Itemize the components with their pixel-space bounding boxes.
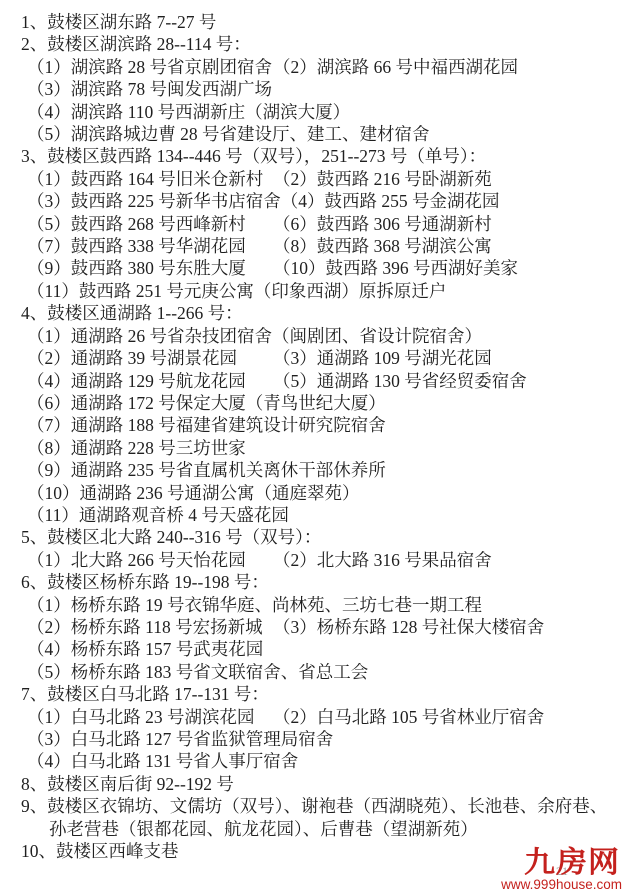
text-line: （7）通湖路 188 号福建省建筑设计研究院宿舍 (21, 414, 619, 436)
text-line: 1、鼓楼区湖东路 7--27 号 (21, 11, 619, 33)
address-lines: 1、鼓楼区湖东路 7--27 号2、鼓楼区湖滨路 28--114 号：（1）湖滨… (0, 0, 625, 862)
text-line: （7）鼓西路 338 号华湖花园（8）鼓西路 368 号湖滨公寓 (21, 235, 619, 257)
text-line: 2、鼓楼区湖滨路 28--114 号： (21, 33, 619, 55)
address-entry: （10）鼓西路 396 号西湖好美家 (273, 258, 518, 278)
address-entry: （1）湖滨路 28 号省京剧团宿舍 (27, 56, 273, 78)
text-line: 5、鼓楼区北大路 240--316 号（双号）： (21, 526, 619, 548)
watermark-url: www.999house.com (501, 878, 622, 892)
text-line: （4）通湖路 129 号航龙花园（5）通湖路 130 号省经贸委宿舍 (21, 370, 619, 392)
text-line: （5）鼓西路 268 号西峰新村（6）鼓西路 306 号通湖新村 (21, 213, 619, 235)
text-line: 孙老营巷（银都花园、航龙花园）、后曹巷（望湖新苑） (21, 818, 619, 840)
address-entry: （1）鼓西路 164 号旧米仓新村 (27, 168, 273, 190)
address-entry: （1）白马北路 23 号湖滨花园 (27, 706, 273, 728)
text-line: （3）湖滨路 78 号闽发西湖广场 (21, 78, 619, 100)
text-line: （4）湖滨路 110 号西湖新庄（湖滨大厦） (21, 101, 619, 123)
text-line: （9）通湖路 235 号省直属机关离休干部休养所 (21, 459, 619, 481)
text-line: （4）杨桥东路 157 号武夷花园 (21, 638, 619, 660)
address-entry: （4）鼓西路 255 号金湖花园 (281, 191, 500, 211)
text-line: （8）通湖路 228 号三坊世家 (21, 437, 619, 459)
address-entry: （1）北大路 266 号天怡花园 (27, 549, 273, 571)
text-line: （3）白马北路 127 号省监狱管理局宿舍 (21, 728, 619, 750)
text-line: 4、鼓楼区通湖路 1--266 号： (21, 302, 619, 324)
text-line: 8、鼓楼区南后街 92--192 号 (21, 773, 619, 795)
text-line: （2）杨桥东路 118 号宏扬新城（3）杨桥东路 128 号社保大楼宿舍 (21, 616, 619, 638)
text-line: （3）鼓西路 225 号新华书店宿舍（4）鼓西路 255 号金湖花园 (21, 190, 619, 212)
address-entry: （5）通湖路 130 号省经贸委宿舍 (273, 371, 527, 391)
text-line: （10）通湖路 236 号通湖公寓（通庭翠苑） (21, 482, 619, 504)
text-line: （11）通湖路观音桥 4 号天盛花园 (21, 504, 619, 526)
text-line: （11）鼓西路 251 号元庚公寓（印象西湖）原拆原迁户 (21, 280, 619, 302)
address-entry: （2）鼓西路 216 号卧湖新苑 (273, 169, 492, 189)
text-line: 6、鼓楼区杨桥东路 19--198 号： (21, 571, 619, 593)
address-entry: （8）鼓西路 368 号湖滨公寓 (273, 236, 492, 256)
text-line: （1）杨桥东路 19 号衣锦华庭、尚林苑、三坊七巷一期工程 (21, 594, 619, 616)
address-entry: （4）通湖路 129 号航龙花园 (27, 370, 273, 392)
text-line: 9、鼓楼区衣锦坊、文儒坊（双号）、谢袍巷（西湖晓苑）、长池巷、余府巷、 (21, 795, 619, 817)
text-line: （1）鼓西路 164 号旧米仓新村（2）鼓西路 216 号卧湖新苑 (21, 168, 619, 190)
text-line: （1）白马北路 23 号湖滨花园（2）白马北路 105 号省林业厅宿舍 (21, 706, 619, 728)
address-entry: （2）北大路 316 号果品宿舍 (273, 550, 492, 570)
address-list-document: 1、鼓楼区湖东路 7--27 号2、鼓楼区湖滨路 28--114 号：（1）湖滨… (0, 0, 625, 893)
text-line: （6）通湖路 172 号保定大厦（青鸟世纪大厦） (21, 392, 619, 414)
text-line: （1）湖滨路 28 号省京剧团宿舍（2）湖滨路 66 号中福西湖花园 (21, 56, 619, 78)
address-entry: （2）杨桥东路 118 号宏扬新城 (27, 616, 273, 638)
address-entry: （7）鼓西路 338 号华湖花园 (27, 235, 273, 257)
text-line: 7、鼓楼区白马北路 17--131 号： (21, 683, 619, 705)
address-entry: （3）鼓西路 225 号新华书店宿舍 (27, 190, 281, 212)
address-entry: （2）白马北路 105 号省林业厅宿舍 (273, 707, 544, 727)
address-entry: （2）通湖路 39 号湖景花园 (27, 347, 273, 369)
text-line: （5）杨桥东路 183 号省文联宿舍、省总工会 (21, 661, 619, 683)
text-line: 10、鼓楼区西峰支巷 (21, 840, 619, 862)
text-line: （2）通湖路 39 号湖景花园（3）通湖路 109 号湖光花园 (21, 347, 619, 369)
address-entry: （3）通湖路 109 号湖光花园 (273, 348, 492, 368)
address-entry: （3）杨桥东路 128 号社保大楼宿舍 (273, 617, 544, 637)
address-entry: （9）鼓西路 380 号东胜大厦 (27, 257, 273, 279)
page-number: 21 (556, 864, 568, 879)
address-entry: （2）湖滨路 66 号中福西湖花园 (273, 57, 518, 77)
text-line: （9）鼓西路 380 号东胜大厦（10）鼓西路 396 号西湖好美家 (21, 257, 619, 279)
address-entry: （6）鼓西路 306 号通湖新村 (273, 214, 492, 234)
text-line: （1）北大路 266 号天怡花园（2）北大路 316 号果品宿舍 (21, 549, 619, 571)
text-line: 3、鼓楼区鼓西路 134--446 号（双号），251--273 号（单号）： (21, 145, 619, 167)
address-entry: （5）鼓西路 268 号西峰新村 (27, 213, 273, 235)
text-line: （5）湖滨路城边曹 28 号省建设厅、建工、建材宿舍 (21, 123, 619, 145)
text-line: （4）白马北路 131 号省人事厅宿舍 (21, 750, 619, 772)
text-line: （1）通湖路 26 号省杂技团宿舍（闽剧团、省设计院宿舍） (21, 325, 619, 347)
